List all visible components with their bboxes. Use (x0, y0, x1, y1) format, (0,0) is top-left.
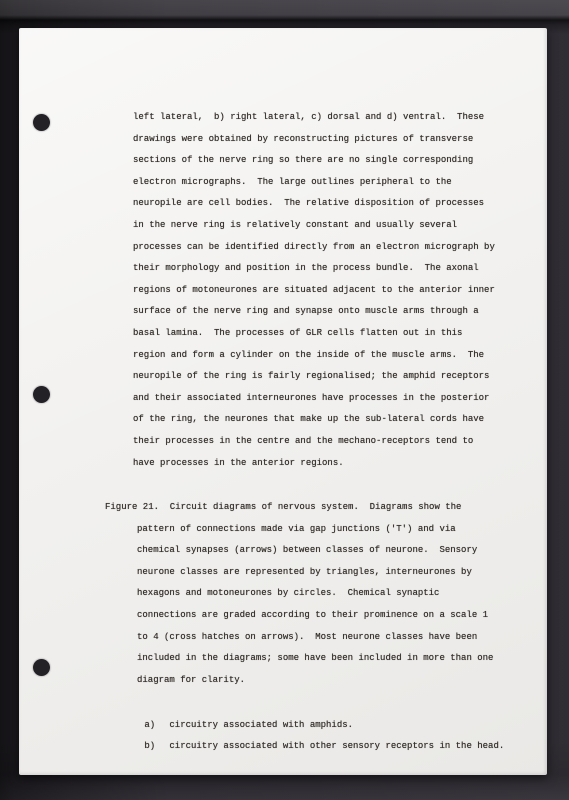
text-line: of the ring, the neurones that make up t… (133, 409, 495, 431)
text-line: diagram for clarity. (137, 670, 493, 692)
text-line: regions of motoneurones are situated adj… (133, 280, 495, 302)
text-line: included in the diagrams; some have been… (137, 648, 493, 670)
text-line: neuropile are cell bodies. The relative … (133, 193, 495, 215)
text-line: have processes in the anterior regions. (133, 453, 495, 475)
text-line: basal lamina. The processes of GLR cells… (133, 323, 495, 345)
document-page: left lateral, b) right lateral, c) dorsa… (19, 28, 547, 775)
text-line: pattern of connections made via gap junc… (137, 519, 493, 541)
text-line: chemical synapses (arrows) between class… (137, 540, 493, 562)
list-item-b-label: b) (144, 736, 169, 758)
text-line: electron micrographs. The large outlines… (133, 172, 495, 194)
hole-punch-top (33, 114, 50, 131)
text-line: sections of the nerve ring so there are … (133, 150, 495, 172)
text-line: drawings were obtained by reconstructing… (133, 129, 495, 151)
photo-backdrop: left lateral, b) right lateral, c) dorsa… (0, 0, 569, 800)
text-line: Figure 21. Circuit diagrams of nervous s… (105, 497, 493, 519)
hole-punch-middle (33, 386, 50, 403)
text-line: their morphology and position in the pro… (133, 258, 495, 280)
text-line: connections are graded according to thei… (137, 605, 493, 627)
text-line: neurone classes are represented by trian… (137, 562, 493, 584)
text-line: and their associated interneurones have … (133, 388, 495, 410)
body-paragraph: left lateral, b) right lateral, c) dorsa… (133, 107, 495, 474)
hole-punch-bottom (33, 659, 50, 676)
list-item-b: b)circuitry associated with other sensor… (112, 714, 504, 779)
text-line: hexagons and motoneurones by circles. Ch… (137, 583, 493, 605)
list-item-b-text: circuitry associated with other sensory … (169, 741, 504, 751)
figure-caption: Figure 21. Circuit diagrams of nervous s… (137, 497, 493, 691)
text-line: in the nerve ring is relatively constant… (133, 215, 495, 237)
text-line: left lateral, b) right lateral, c) dorsa… (133, 107, 495, 129)
text-line: to 4 (cross hatches on arrows). Most neu… (137, 627, 493, 649)
text-line: region and form a cylinder on the inside… (133, 345, 495, 367)
text-line: their processes in the centre and the me… (133, 431, 495, 453)
text-line: processes can be identified directly fro… (133, 237, 495, 259)
text-line: surface of the nerve ring and synapse on… (133, 301, 495, 323)
text-line: neuropile of the ring is fairly regional… (133, 366, 495, 388)
